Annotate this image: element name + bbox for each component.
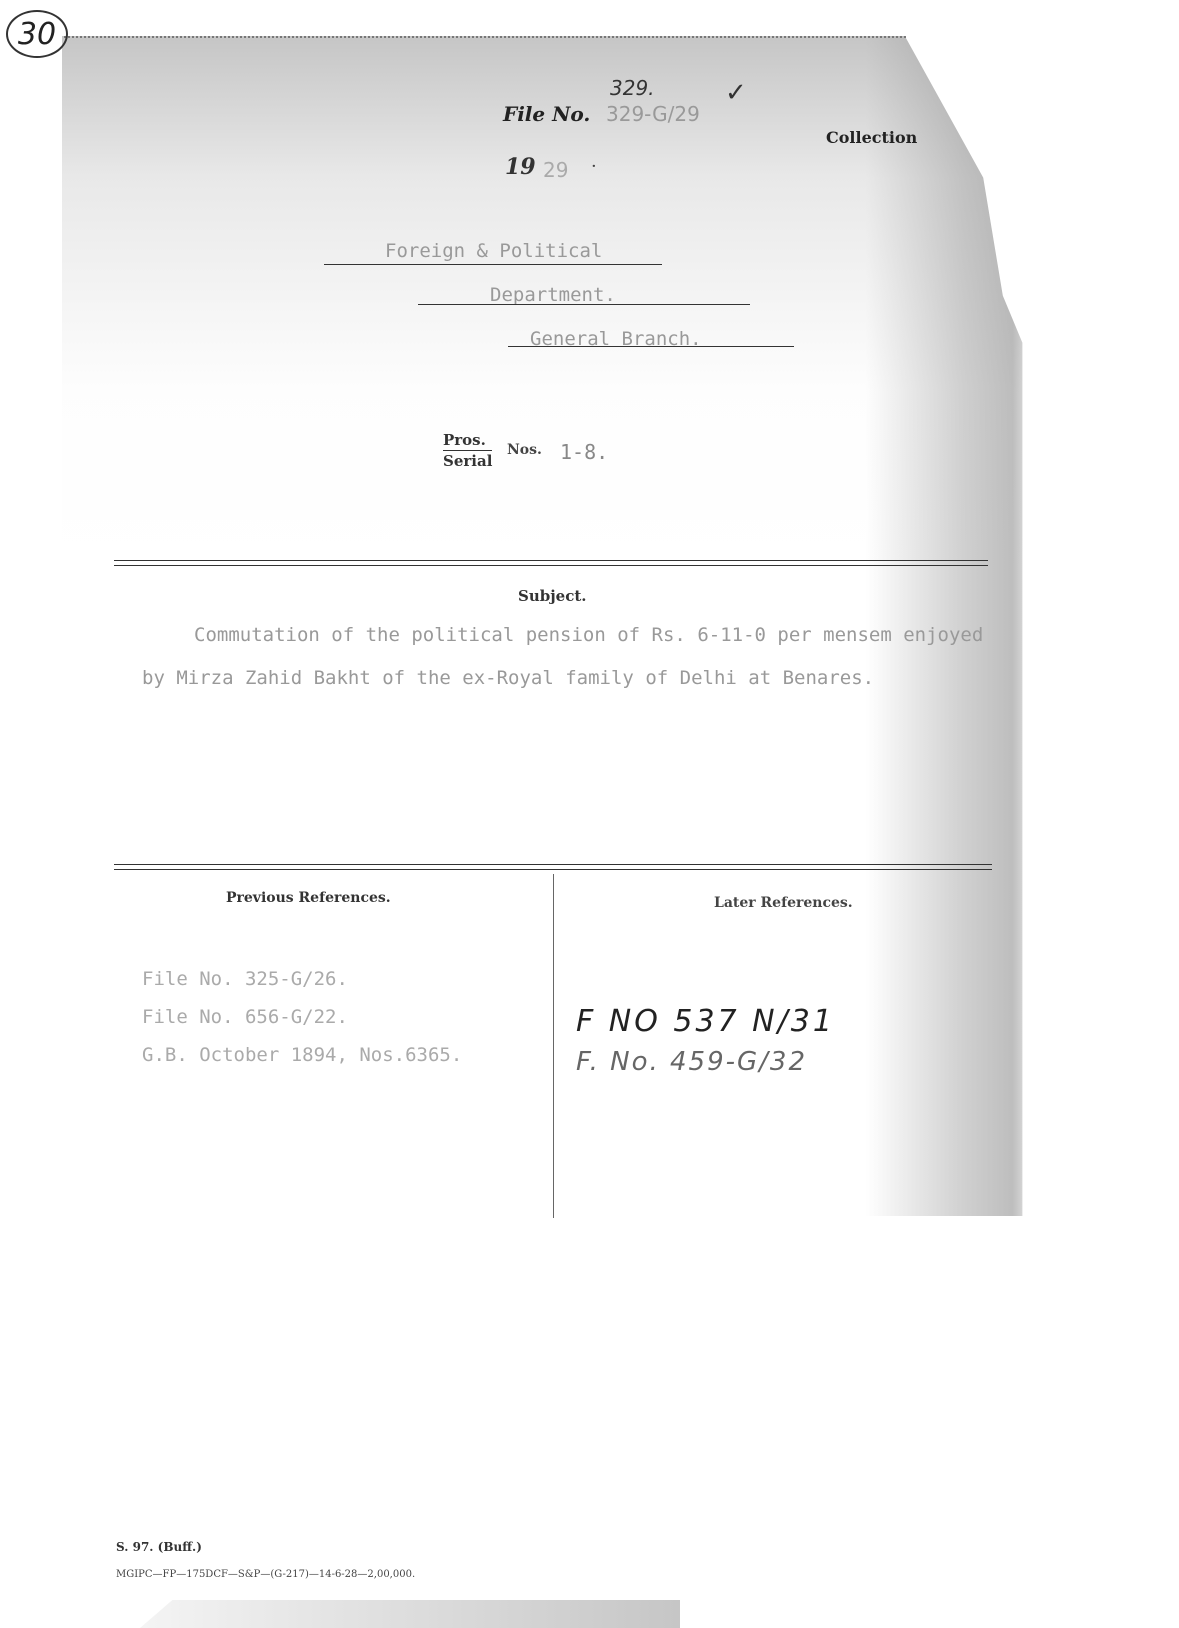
nos-value: 1-8. — [560, 440, 608, 464]
divider-top — [114, 560, 988, 566]
page-number-circle: 30 — [6, 10, 68, 58]
department-line-2: Department. — [490, 284, 616, 306]
bottom-shading — [140, 1600, 680, 1628]
previous-references-list: File No. 325-G/26. File No. 656-G/22. G.… — [142, 960, 462, 1074]
file-handwritten-note: 329. — [610, 76, 655, 100]
proceedings-label: Pros. Serial — [443, 430, 492, 471]
references-column-divider — [553, 874, 554, 1218]
collection-label: Collection — [826, 128, 917, 147]
year-dot: · — [591, 156, 597, 177]
later-references-heading: Later References. — [714, 895, 853, 911]
list-item: F. No. 459-G/32 — [576, 1042, 835, 1082]
nos-label: Nos. — [507, 442, 542, 458]
print-line: MGIPC—FP—175DCF—S&P—(G-217)—14-6-28—2,00… — [116, 1569, 415, 1580]
later-references-list: F NO 537 N/31 F. No. 459-G/32 — [576, 1002, 835, 1082]
subject-heading: Subject. — [518, 587, 586, 605]
year-prefix: 19 — [505, 154, 536, 180]
department-line-1: Foreign & Political — [385, 240, 602, 262]
list-item: G.B. October 1894, Nos.6365. — [142, 1036, 462, 1074]
file-number-value: 329-G/29 — [606, 102, 700, 126]
perforated-edge — [64, 36, 906, 38]
subject-text: Commutation of the political pension of … — [142, 614, 1002, 700]
form-code: S. 97. (Buff.) — [116, 1540, 202, 1554]
previous-references-heading: Previous References. — [226, 890, 391, 906]
list-item: F NO 537 N/31 — [576, 1002, 835, 1042]
underline-1 — [324, 264, 662, 265]
year-suffix: 29 — [543, 158, 568, 182]
checkmark-icon: ✓ — [725, 78, 747, 108]
underline-2 — [418, 304, 750, 305]
pros-label: Pros. — [443, 430, 492, 451]
file-number-label: File No. — [503, 102, 590, 126]
underline-3 — [508, 346, 794, 347]
list-item: File No. 656-G/22. — [142, 998, 462, 1036]
list-item: File No. 325-G/26. — [142, 960, 462, 998]
serial-label: Serial — [443, 452, 492, 470]
divider-bottom — [114, 864, 992, 870]
